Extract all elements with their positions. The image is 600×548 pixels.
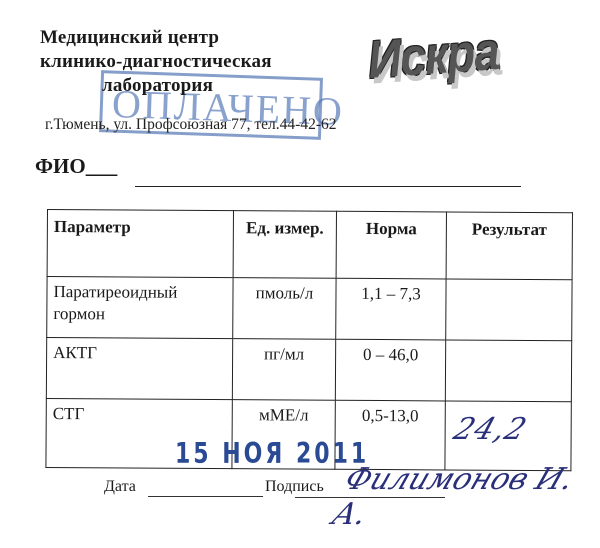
- header-parameter: Параметр: [47, 210, 233, 278]
- handwritten-result: 24,2: [449, 412, 531, 447]
- org-line-1: Медицинский центр: [40, 27, 219, 48]
- signature-label: Подпись: [265, 478, 324, 496]
- organization-name: Медицинский центр клинико-диагностическа…: [40, 26, 272, 98]
- cell-norm: 0 – 46,0: [335, 339, 445, 401]
- handwritten-signature: Филимонов И. А.: [327, 462, 600, 532]
- cell-result: [446, 279, 572, 341]
- cell-unit: пмоль/л: [233, 278, 336, 340]
- org-line-2: клинико-диагностическая: [40, 51, 272, 72]
- header-unit: Ед. измер.: [233, 211, 336, 279]
- cell-norm: 1,1 – 7,3: [336, 278, 446, 340]
- fio-label: ФИО___: [35, 154, 117, 179]
- header-norm: Норма: [336, 211, 446, 279]
- org-line-3: лаборатория: [40, 74, 272, 98]
- fio-field[interactable]: [135, 186, 521, 187]
- date-stamp: 15 НОЯ 2011: [175, 438, 369, 471]
- date-label: Дата: [104, 478, 136, 496]
- address: г.Тюмень, ул. Профсоюзная 77, тел.44-42-…: [45, 116, 337, 134]
- cell-result: [445, 340, 571, 402]
- cell-unit: пг/мл: [232, 339, 335, 401]
- cell-parameter: Паратиреоидный гормон: [47, 277, 233, 339]
- table-header-row: Параметр Ед. измер. Норма Результат: [47, 210, 572, 280]
- header-result: Результат: [446, 212, 572, 280]
- table-row: АКТГ пг/мл 0 – 46,0: [46, 338, 571, 402]
- brand-logo: Искра: [366, 19, 501, 90]
- table-row: Паратиреоидный гормон пмоль/л 1,1 – 7,3: [47, 277, 572, 341]
- date-field[interactable]: [148, 496, 263, 497]
- cell-parameter: АКТГ: [46, 338, 232, 400]
